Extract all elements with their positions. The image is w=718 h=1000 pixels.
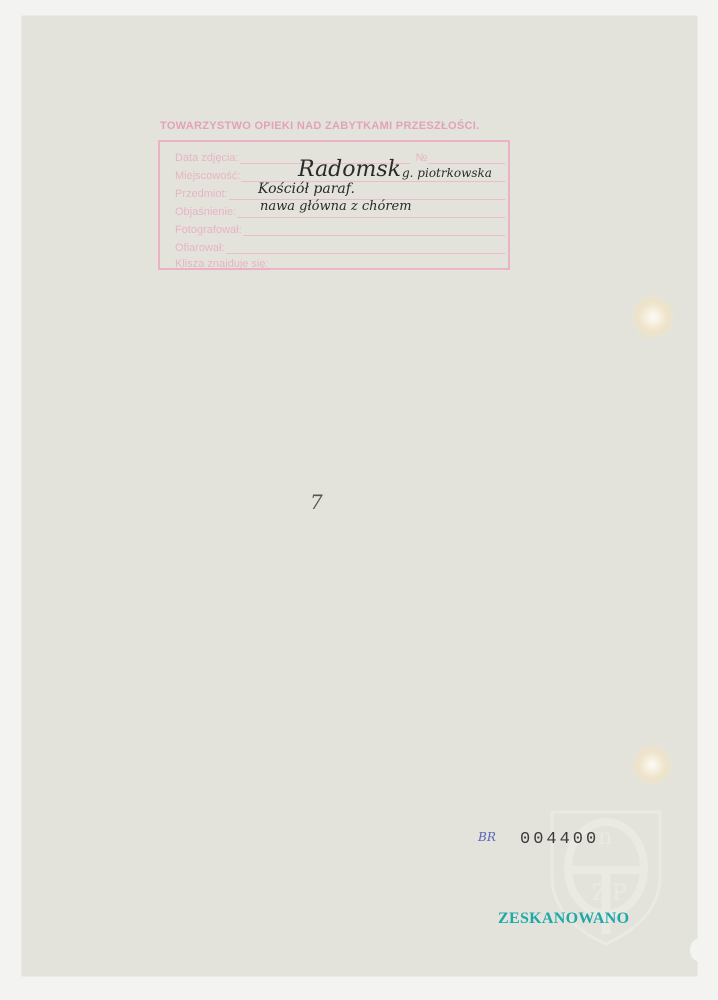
field-label: Przedmiot: — [175, 188, 228, 200]
scanned-stamp: ZESKANOWANO — [498, 910, 629, 928]
field-klisza: Klisza znajduje się: — [175, 254, 505, 270]
stamp-title: TOWARZYSTWO OPIEKI NAD ZABYTKAMI PRZESZŁ… — [160, 120, 520, 132]
svg-text:Z: Z — [592, 881, 607, 906]
number-sign: № — [416, 152, 428, 164]
number-line — [428, 153, 505, 164]
field-label: Data zdjęcia: — [175, 152, 239, 164]
paper-damage-spot — [632, 292, 674, 342]
field-line — [270, 259, 505, 270]
pencil-mark: 7 — [310, 490, 323, 514]
field-label: Fotografował: — [175, 224, 242, 236]
paper-notch — [690, 939, 706, 961]
field-line — [226, 243, 505, 254]
field-line — [243, 225, 505, 236]
handwritten-place: Radomsk — [298, 157, 401, 182]
handwritten-description: nawa główna z chórem — [260, 199, 412, 214]
inventory-prefix: BR — [478, 830, 496, 844]
field-fotografowal: Fotografował: — [175, 220, 505, 236]
field-label: Klisza znajduje się: — [175, 258, 269, 270]
field-ofiarowal: Ofiarował: — [175, 238, 505, 254]
field-label: Ofiarował: — [175, 242, 225, 254]
svg-text:n: n — [598, 825, 612, 850]
svg-text:P: P — [612, 881, 627, 906]
field-label: Miejscowość: — [175, 170, 240, 182]
inventory-number: 004400 — [520, 830, 599, 849]
handwritten-subject: Kościół paraf. — [258, 181, 355, 197]
handwritten-district: g. piotrkowska — [402, 166, 492, 180]
paper-damage-spot — [630, 745, 674, 785]
field-label: Objaśnienie: — [175, 206, 236, 218]
